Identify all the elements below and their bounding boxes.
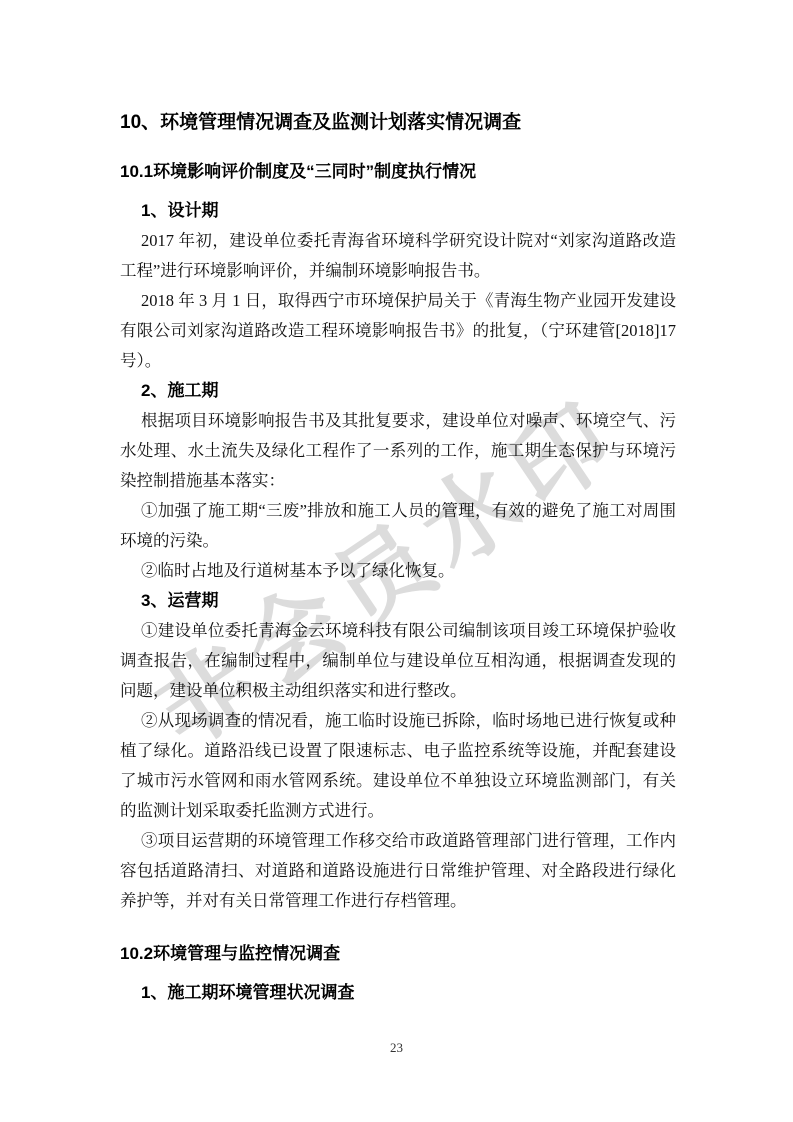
para-operation-item-1: ①建设单位委托青海金云环境科技有限公司编制该项目竣工环境保护验收调查报告，在编制… [120,616,676,706]
subheading-design-period: 1、设计期 [120,196,676,226]
para-construction-item-1: ①加强了施工期“三废”排放和施工人员的管理，有效的避免了施工对周围环境的污染。 [120,496,676,556]
subheading-construction-env-mgmt: 1、施工期环境管理状况调查 [120,978,676,1008]
subheading-operation-period: 3、运营期 [120,586,676,616]
para-operation-item-3: ③项目运营期的环境管理工作移交给市政道路管理部门进行管理，工作内容包括道路清扫、… [120,826,676,916]
page-number: 23 [0,1040,793,1056]
document-page: 非会员水印 10、环境管理情况调查及监测计划落实情况调查 10.1环境影响评价制… [0,0,793,1122]
subheading-construction-period: 2、施工期 [120,376,676,406]
section-heading-10-2: 10.2环境管理与监控情况调查 [120,942,676,966]
section-heading-10-1: 10.1环境影响评价制度及“三同时”制度执行情况 [120,160,676,184]
page-content: 10、环境管理情况调查及监测计划落实情况调查 10.1环境影响评价制度及“三同时… [120,0,676,1008]
para-construction-item-2: ②临时占地及行道树基本予以了绿化恢复。 [120,556,676,586]
para-eia-approval: 2018 年 3 月 1 日，取得西宁市环境保护局关于《青海生物产业园开发建设有… [120,286,676,376]
para-eia-commission: 2017 年初，建设单位委托青海省环境科学研究设计院对“刘家沟道路改造工程”进行… [120,226,676,286]
para-construction-overview: 根据项目环境影响报告书及其批复要求，建设单位对噪声、环境空气、污水处理、水土流失… [120,406,676,496]
chapter-heading: 10、环境管理情况调查及监测计划落实情况调查 [120,110,676,136]
para-operation-item-2: ②从现场调查的情况看，施工临时设施已拆除，临时场地已进行恢复或种植了绿化。道路沿… [120,706,676,826]
